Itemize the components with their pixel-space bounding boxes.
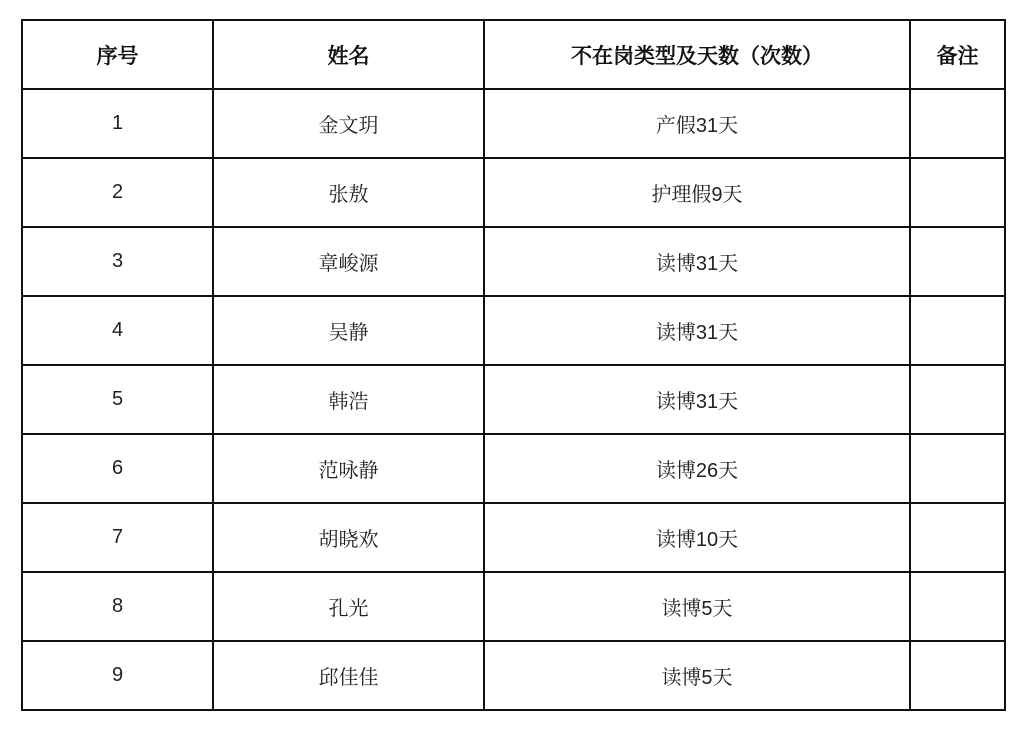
table-row: 7胡晓欢读博10天 [22, 503, 1005, 572]
cell-remark [910, 158, 1005, 227]
table-row: 9邱佳佳读博5天 [22, 641, 1005, 710]
cell-name: 韩浩 [213, 365, 484, 434]
table-row: 8孔光读博5天 [22, 572, 1005, 641]
table-row: 3章峻源读博31天 [22, 227, 1005, 296]
cell-name: 张敖 [213, 158, 484, 227]
cell-absence: 读博5天 [484, 572, 910, 641]
cell-index: 3 [22, 227, 213, 296]
table-row: 6范咏静读博26天 [22, 434, 1005, 503]
cell-remark [910, 365, 1005, 434]
cell-name: 胡晓欢 [213, 503, 484, 572]
header-remark: 备注 [910, 20, 1005, 89]
cell-remark [910, 572, 1005, 641]
table-body: 1金文玥产假31天2张敖护理假9天3章峻源读博31天4吴静读博31天5韩浩读博3… [22, 89, 1005, 710]
cell-absence: 产假31天 [484, 89, 910, 158]
cell-absence: 读博5天 [484, 641, 910, 710]
header-index: 序号 [22, 20, 213, 89]
cell-remark [910, 641, 1005, 710]
header-row: 序号 姓名 不在岗类型及天数（次数） 备注 [22, 20, 1005, 89]
header-name: 姓名 [213, 20, 484, 89]
table-row: 4吴静读博31天 [22, 296, 1005, 365]
cell-name: 邱佳佳 [213, 641, 484, 710]
cell-absence: 读博31天 [484, 365, 910, 434]
cell-index: 7 [22, 503, 213, 572]
cell-index: 2 [22, 158, 213, 227]
absence-table: 序号 姓名 不在岗类型及天数（次数） 备注 1金文玥产假31天2张敖护理假9天3… [21, 19, 1006, 711]
cell-name: 章峻源 [213, 227, 484, 296]
cell-name: 孔光 [213, 572, 484, 641]
cell-remark [910, 296, 1005, 365]
cell-index: 6 [22, 434, 213, 503]
cell-index: 4 [22, 296, 213, 365]
cell-index: 8 [22, 572, 213, 641]
cell-absence: 读博10天 [484, 503, 910, 572]
cell-absence: 读博26天 [484, 434, 910, 503]
table-row: 1金文玥产假31天 [22, 89, 1005, 158]
header-absence-type-days: 不在岗类型及天数（次数） [484, 20, 910, 89]
table-row: 5韩浩读博31天 [22, 365, 1005, 434]
cell-index: 5 [22, 365, 213, 434]
cell-remark [910, 227, 1005, 296]
cell-index: 1 [22, 89, 213, 158]
cell-absence: 读博31天 [484, 227, 910, 296]
cell-absence: 护理假9天 [484, 158, 910, 227]
cell-name: 吴静 [213, 296, 484, 365]
cell-remark [910, 503, 1005, 572]
table-header: 序号 姓名 不在岗类型及天数（次数） 备注 [22, 20, 1005, 89]
cell-index: 9 [22, 641, 213, 710]
cell-remark [910, 89, 1005, 158]
cell-remark [910, 434, 1005, 503]
cell-name: 金文玥 [213, 89, 484, 158]
cell-name: 范咏静 [213, 434, 484, 503]
table-row: 2张敖护理假9天 [22, 158, 1005, 227]
cell-absence: 读博31天 [484, 296, 910, 365]
